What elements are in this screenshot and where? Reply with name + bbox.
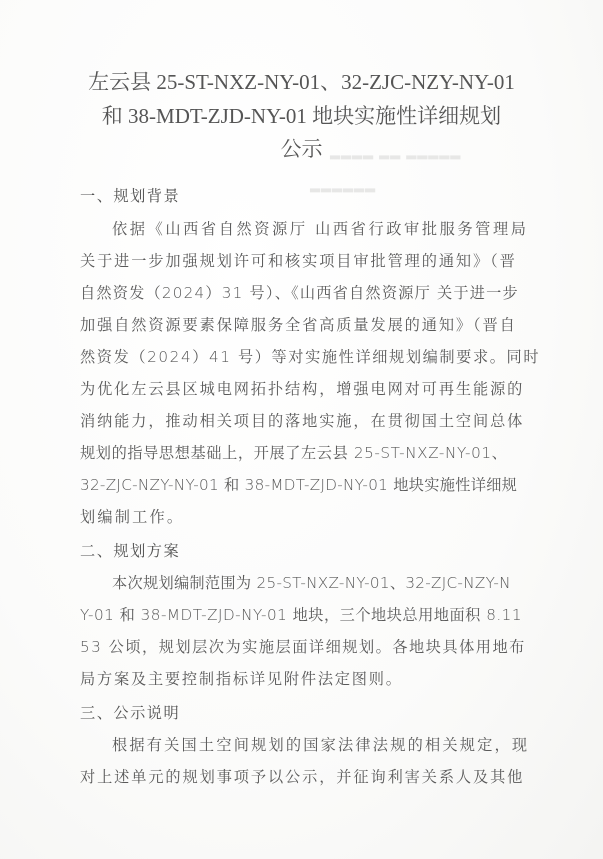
paragraph-line: 根据有关国土空间规划的国家法律法规的相关规定，现	[112, 735, 559, 755]
document-title-line-3: 公示	[0, 133, 603, 163]
paragraph-line: 划编制工作。	[80, 507, 527, 527]
section-heading-notice: 三、公示说明	[80, 703, 527, 723]
paragraph-line: 53 公顷，规划层次为实施层面详细规划。各地块具体用地布	[80, 637, 527, 657]
paragraph-line: Y-01 和 38-MDT-ZJD-NY-01 地块，三个地块总用地面积 8.1…	[80, 605, 527, 625]
document-title-line-1: 左云县 25-ST-NXZ-NY-01、32-ZJC-NZY-NY-01	[0, 66, 603, 96]
paragraph-line: 关于进一步加强规划许可和核实项目审批管理的通知》（晋	[80, 251, 527, 271]
paragraph-line: 依据《山西省自然资源厅 山西省行政审批服务管理局	[112, 219, 527, 239]
paragraph-line: 32-ZJC-NZY-NY-01 和 38-MDT-ZJD-NY-01 地块实施…	[80, 475, 527, 495]
paragraph-line: 本次规划编制范围为 25-ST-NXZ-NY-01、32-ZJC-NZY-N	[112, 573, 559, 593]
section-heading-background: 一、规划背景	[80, 186, 527, 206]
scanned-page: ▂▂▂▂ ▂▂ ▂▂▂▂▂ ▂▂▂▂▂▂ 左云县 25-ST-NXZ-NY-01…	[0, 0, 603, 859]
paragraph-line: 消纳能力，推动相关项目的落地实施，在贯彻国土空间总体	[80, 411, 527, 431]
paragraph-line: 加强自然资源要素保障服务全省高质量发展的通知》（晋自	[80, 315, 527, 335]
paragraph-line: 自然资发（2024）31 号）、《山西省自然资源厅 关于进一步	[80, 283, 527, 303]
paragraph-line: 为优化左云县区城电网拓扑结构，增强电网对可再生能源的	[80, 379, 527, 399]
paragraph-line: 对上述单元的规划事项予以公示，并征询利害关系人及其他	[80, 767, 527, 787]
section-heading-plan: 二、规划方案	[80, 541, 527, 561]
document-title-line-2: 和 38-MDT-ZJD-NY-01 地块实施性详细规划	[0, 100, 603, 130]
paragraph-line: 局方案及主要控制指标详见附件法定图则。	[80, 669, 527, 689]
paragraph-line: 然资发（2024）41 号）等对实施性详细规划编制要求。同时	[80, 347, 527, 367]
paragraph-line: 规划的指导思想基础上，开展了左云县 25-ST-NXZ-NY-01、	[80, 443, 527, 463]
